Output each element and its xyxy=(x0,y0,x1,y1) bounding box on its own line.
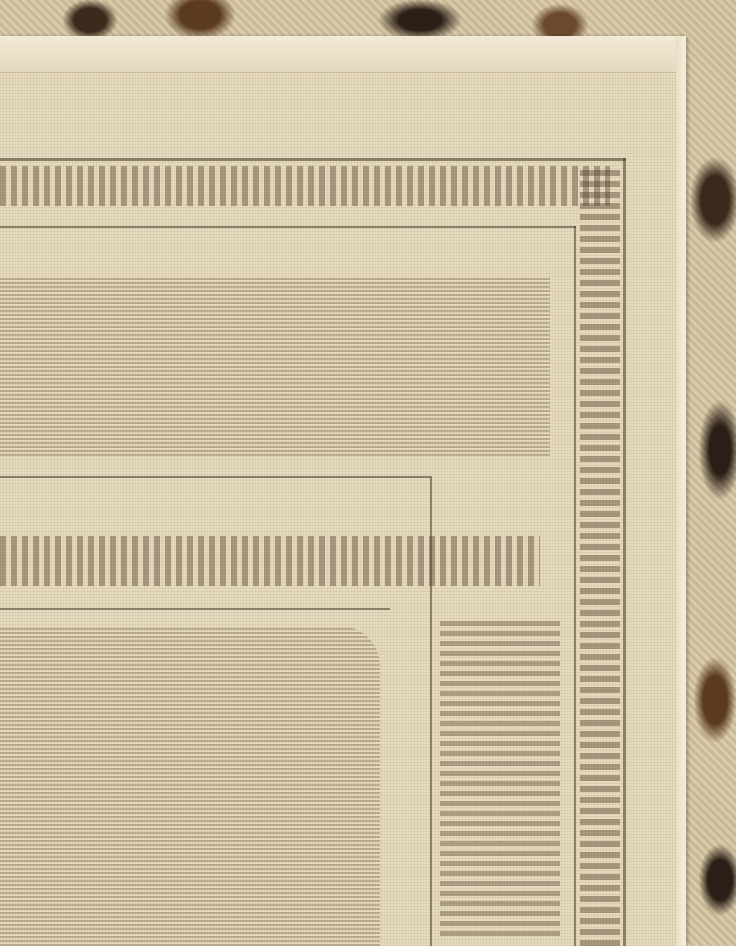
rug-binding-right xyxy=(676,36,686,946)
rug-photo xyxy=(0,0,736,946)
border-line xyxy=(0,158,626,161)
border-line xyxy=(0,608,390,610)
central-medallion xyxy=(0,626,380,946)
border-motif-band xyxy=(580,166,620,946)
field-motif-band xyxy=(0,536,540,586)
border-line xyxy=(574,226,576,946)
border-line xyxy=(623,158,626,946)
field-motif xyxy=(0,276,550,456)
border-line xyxy=(0,476,430,478)
corner-motif xyxy=(440,616,560,936)
border-motif-band xyxy=(0,166,610,206)
border-line xyxy=(0,226,576,228)
rug-underside xyxy=(0,36,686,946)
rug-binding-top xyxy=(0,36,686,73)
